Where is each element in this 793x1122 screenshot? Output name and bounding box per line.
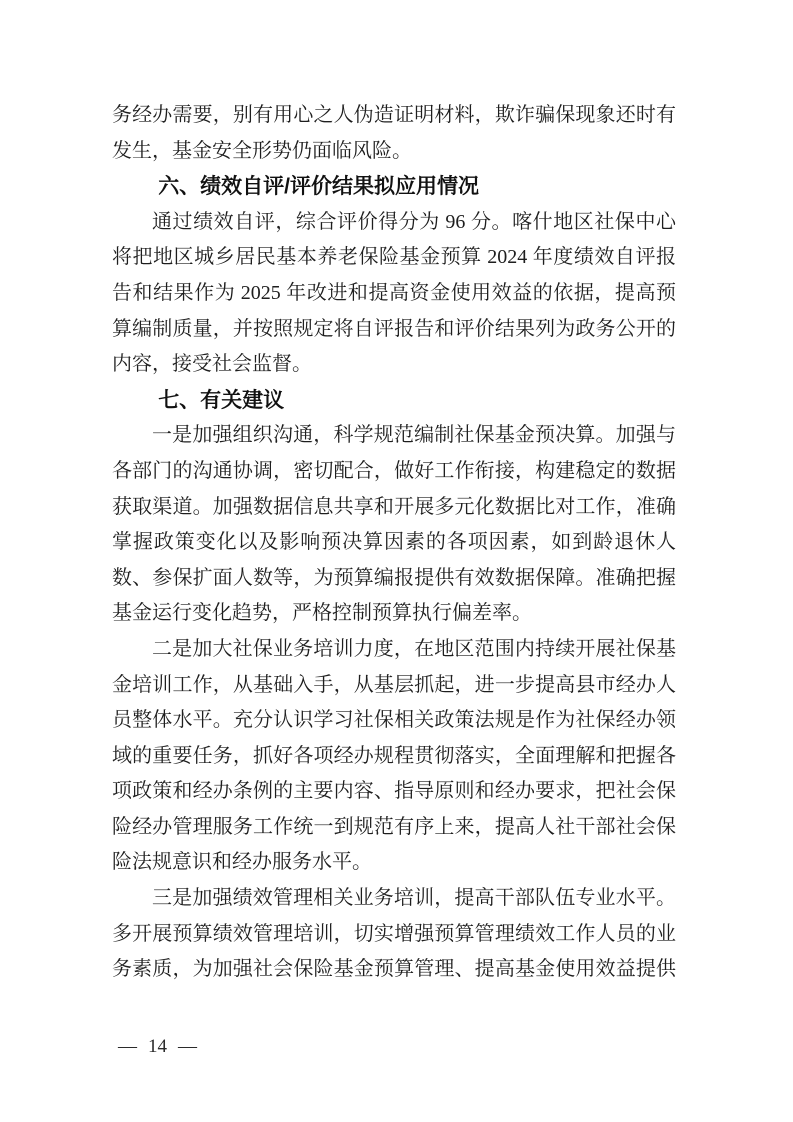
body-line: 通过绩效自评，综合评价得分为 96 分。喀什地区社保中心 [112, 205, 676, 241]
footer-dash-right: — [178, 1036, 197, 1058]
footer-dash-left: — [118, 1036, 137, 1058]
body-line: 员整体水平。充分认识学习社保相关政策法规是作为社保经办领 [112, 703, 676, 739]
body-line: 三是加强绩效管理相关业务培训，提高干部队伍专业水平。 [112, 881, 676, 917]
body-line: 掌握政策变化以及影响预决算因素的各项因素，如到龄退休人 [112, 525, 676, 561]
body-line: 险法规意识和经办服务水平。 [112, 845, 676, 881]
body-line: 基金运行变化趋势，严格控制预算执行偏差率。 [112, 596, 676, 632]
body-line: 务经办需要，别有用心之人伪造证明材料，欺诈骗保现象还时有 [112, 98, 676, 134]
body-line: 项政策和经办条例的主要内容、指导原则和经办要求，把社会保 [112, 774, 676, 810]
body-line: 险经办管理服务工作统一到规范有序上来，提高人社干部社会保 [112, 810, 676, 846]
body-line: 域的重要任务，抓好各项经办规程贯彻落实，全面理解和把握各 [112, 739, 676, 775]
body-line: 金培训工作，从基础入手，从基层抓起，进一步提高县市经办人 [112, 668, 676, 704]
body-line: 二是加大社保业务培训力度，在地区范围内持续开展社保基 [112, 632, 676, 668]
body-line: 算编制质量，并按照规定将自评报告和评价结果列为政务公开的 [112, 312, 676, 348]
page-footer: — 14 — [118, 1036, 197, 1058]
body-line: 发生，基金安全形势仍面临风险。 [112, 134, 676, 170]
page-number: 14 [148, 1036, 167, 1058]
body-line: 数、参保扩面人数等，为预算编报提供有效数据保障。准确把握 [112, 561, 676, 597]
body-line: 务素质，为加强社会保险基金预算管理、提高基金使用效益提供 [112, 952, 676, 988]
body-line: 一是加强组织沟通，科学规范编制社保基金预决算。加强与 [112, 418, 676, 454]
heading-section-6: 六、绩效自评/评价结果拟应用情况 [112, 169, 676, 205]
document-page: 务经办需要，别有用心之人伪造证明材料，欺诈骗保现象还时有发生，基金安全形势仍面临… [0, 0, 793, 1122]
document-body: 务经办需要，别有用心之人伪造证明材料，欺诈骗保现象还时有发生，基金安全形势仍面临… [112, 98, 676, 988]
body-line: 告和结果作为 2025 年改进和提高资金使用效益的依据，提高预 [112, 276, 676, 312]
body-line: 多开展预算绩效管理培训，切实增强预算管理绩效工作人员的业 [112, 917, 676, 953]
body-line: 各部门的沟通协调，密切配合，做好工作衔接，构建稳定的数据 [112, 454, 676, 490]
body-line: 获取渠道。加强数据信息共享和开展多元化数据比对工作，准确 [112, 490, 676, 526]
body-line: 内容，接受社会监督。 [112, 347, 676, 383]
body-line: 将把地区城乡居民基本养老保险基金预算 2024 年度绩效自评报 [112, 240, 676, 276]
heading-section-7: 七、有关建议 [112, 383, 676, 419]
